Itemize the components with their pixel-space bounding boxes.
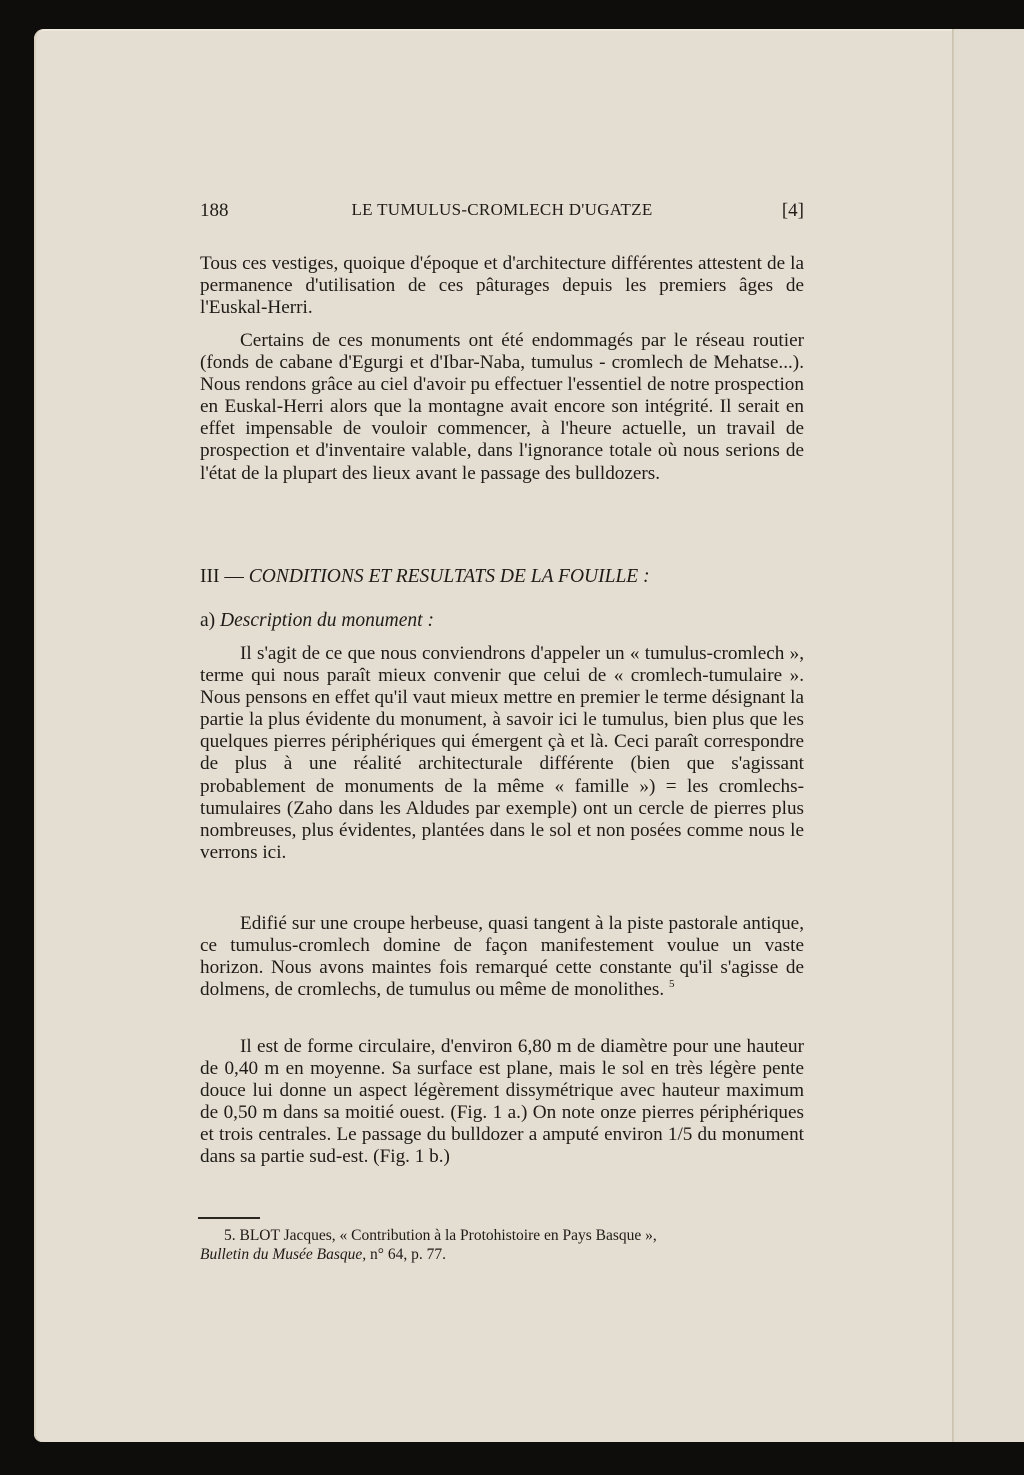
section-heading: III — CONDITIONS ET RESULTATS DE LA FOUI… — [200, 566, 804, 588]
paragraph-text: Edifié sur une croupe herbeuse, quasi ta… — [200, 913, 804, 1001]
footnote-divider — [198, 1217, 260, 1219]
footnote-line: 5. BLOT Jacques, « Contribution à la Pro… — [200, 1226, 804, 1245]
subheading: a) Description du monument : — [200, 610, 804, 632]
paragraph-damage: Certains de ces monuments ont été endomm… — [200, 330, 804, 485]
footnote-line: Bulletin du Musée Basque, n° 64, p. 77. — [200, 1245, 804, 1264]
paragraph-definition: Il s'agit de ce que nous conviendrons d'… — [200, 643, 804, 864]
footnote: 5. BLOT Jacques, « Contribution à la Pro… — [200, 1226, 804, 1264]
footnote-reference[interactable]: 5 — [669, 978, 675, 990]
paragraph-site: Edifié sur une croupe herbeuse, quasi ta… — [200, 913, 804, 1001]
paragraph-text: Il s'agit de ce que nous conviendrons d'… — [200, 643, 804, 864]
paragraph-text: Tous ces vestiges, quoique d'époque et d… — [200, 253, 804, 319]
section-number: III — — [200, 566, 244, 587]
running-header: 188 LE TUMULUS-CROMLECH D'UGATZE [4] — [200, 200, 804, 224]
footnote-details: n° 64, p. 77. — [370, 1246, 446, 1263]
paragraph-text: Il est de forme circulaire, d'environ 6,… — [200, 1036, 804, 1169]
paragraph-text: Certains de ces monuments ont été endomm… — [200, 330, 804, 485]
footnote-text: 5. BLOT Jacques, « Contribution à la Pro… — [224, 1227, 657, 1244]
section-marker: [4] — [782, 200, 804, 222]
facing-page-edge — [954, 29, 1024, 1442]
subheading-marker: a) — [200, 610, 215, 631]
section-title: CONDITIONS ET RESULTATS DE LA FOUILLE : — [249, 566, 650, 587]
paragraph-body: Edifié sur une croupe herbeuse, quasi ta… — [200, 913, 804, 1000]
footnote-journal: Bulletin du Musée Basque, — [200, 1246, 366, 1263]
paragraph-dimensions: Il est de forme circulaire, d'environ 6,… — [200, 1036, 804, 1169]
running-title: LE TUMULUS-CROMLECH D'UGATZE — [200, 200, 804, 220]
paragraph-vestiges: Tous ces vestiges, quoique d'époque et d… — [200, 253, 804, 319]
subheading-title: Description du monument : — [220, 610, 434, 631]
